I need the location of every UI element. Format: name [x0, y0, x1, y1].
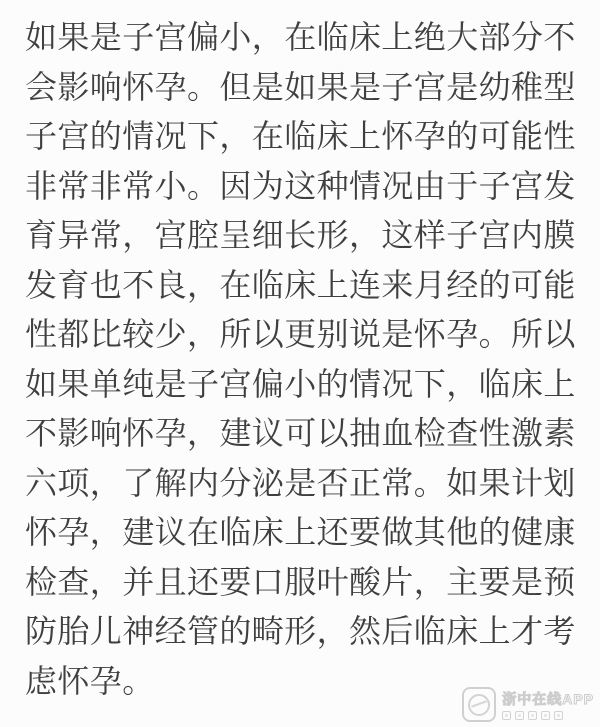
watermark-badge-icon	[554, 711, 563, 720]
paragraph-line: 不影响怀孕，建议可以抽血检查性激素	[25, 409, 580, 459]
watermark-text-group: 浙中在线APP	[502, 689, 594, 720]
paragraph-line: 检查，并且还要口服叶酸片，主要是预	[25, 558, 580, 608]
watermark-app-name: 浙中在线APP	[502, 689, 594, 709]
app-logo-icon	[462, 687, 496, 722]
paragraph-line: 子宫的情况下，在临床上怀孕的可能性	[25, 112, 580, 162]
watermark-badge-icon	[528, 711, 537, 720]
watermark-badge-icon	[541, 711, 550, 720]
paragraph-line: 怀孕，建议在临床上还要做其他的健康	[25, 508, 580, 558]
app-watermark: 浙中在线APP	[462, 687, 594, 722]
article-text-block: 如果是子宫偏小，在临床上绝大部分不 会影响怀孕。但是如果是子宫是幼稚型 子宫的情…	[25, 13, 580, 706]
watermark-badge-icon	[515, 711, 524, 720]
paragraph-line: 防胎儿神经管的畸形，然后临床上才考	[25, 607, 580, 657]
watermark-badge-icon	[502, 711, 511, 720]
paragraph-line: 六项，了解内分泌是否正常。如果计划	[25, 459, 580, 509]
paragraph-line: 非常非常小。因为这种情况由于子宫发	[25, 162, 580, 212]
paragraph-line: 性都比较少，所以更别说是怀孕。所以	[25, 310, 580, 360]
paragraph-line: 如果单纯是子宫偏小的情况下，临床上	[25, 360, 580, 410]
paragraph-line: 如果是子宫偏小，在临床上绝大部分不	[25, 13, 580, 63]
paragraph-line: 发育也不良，在临床上连来月经的可能	[25, 261, 580, 311]
paragraph-line: 会影响怀孕。但是如果是子宫是幼稚型	[25, 63, 580, 113]
watermark-badge-row	[502, 711, 563, 720]
paragraph-line: 育异常，宫腔呈细长形，这样子宫内膜	[25, 211, 580, 261]
